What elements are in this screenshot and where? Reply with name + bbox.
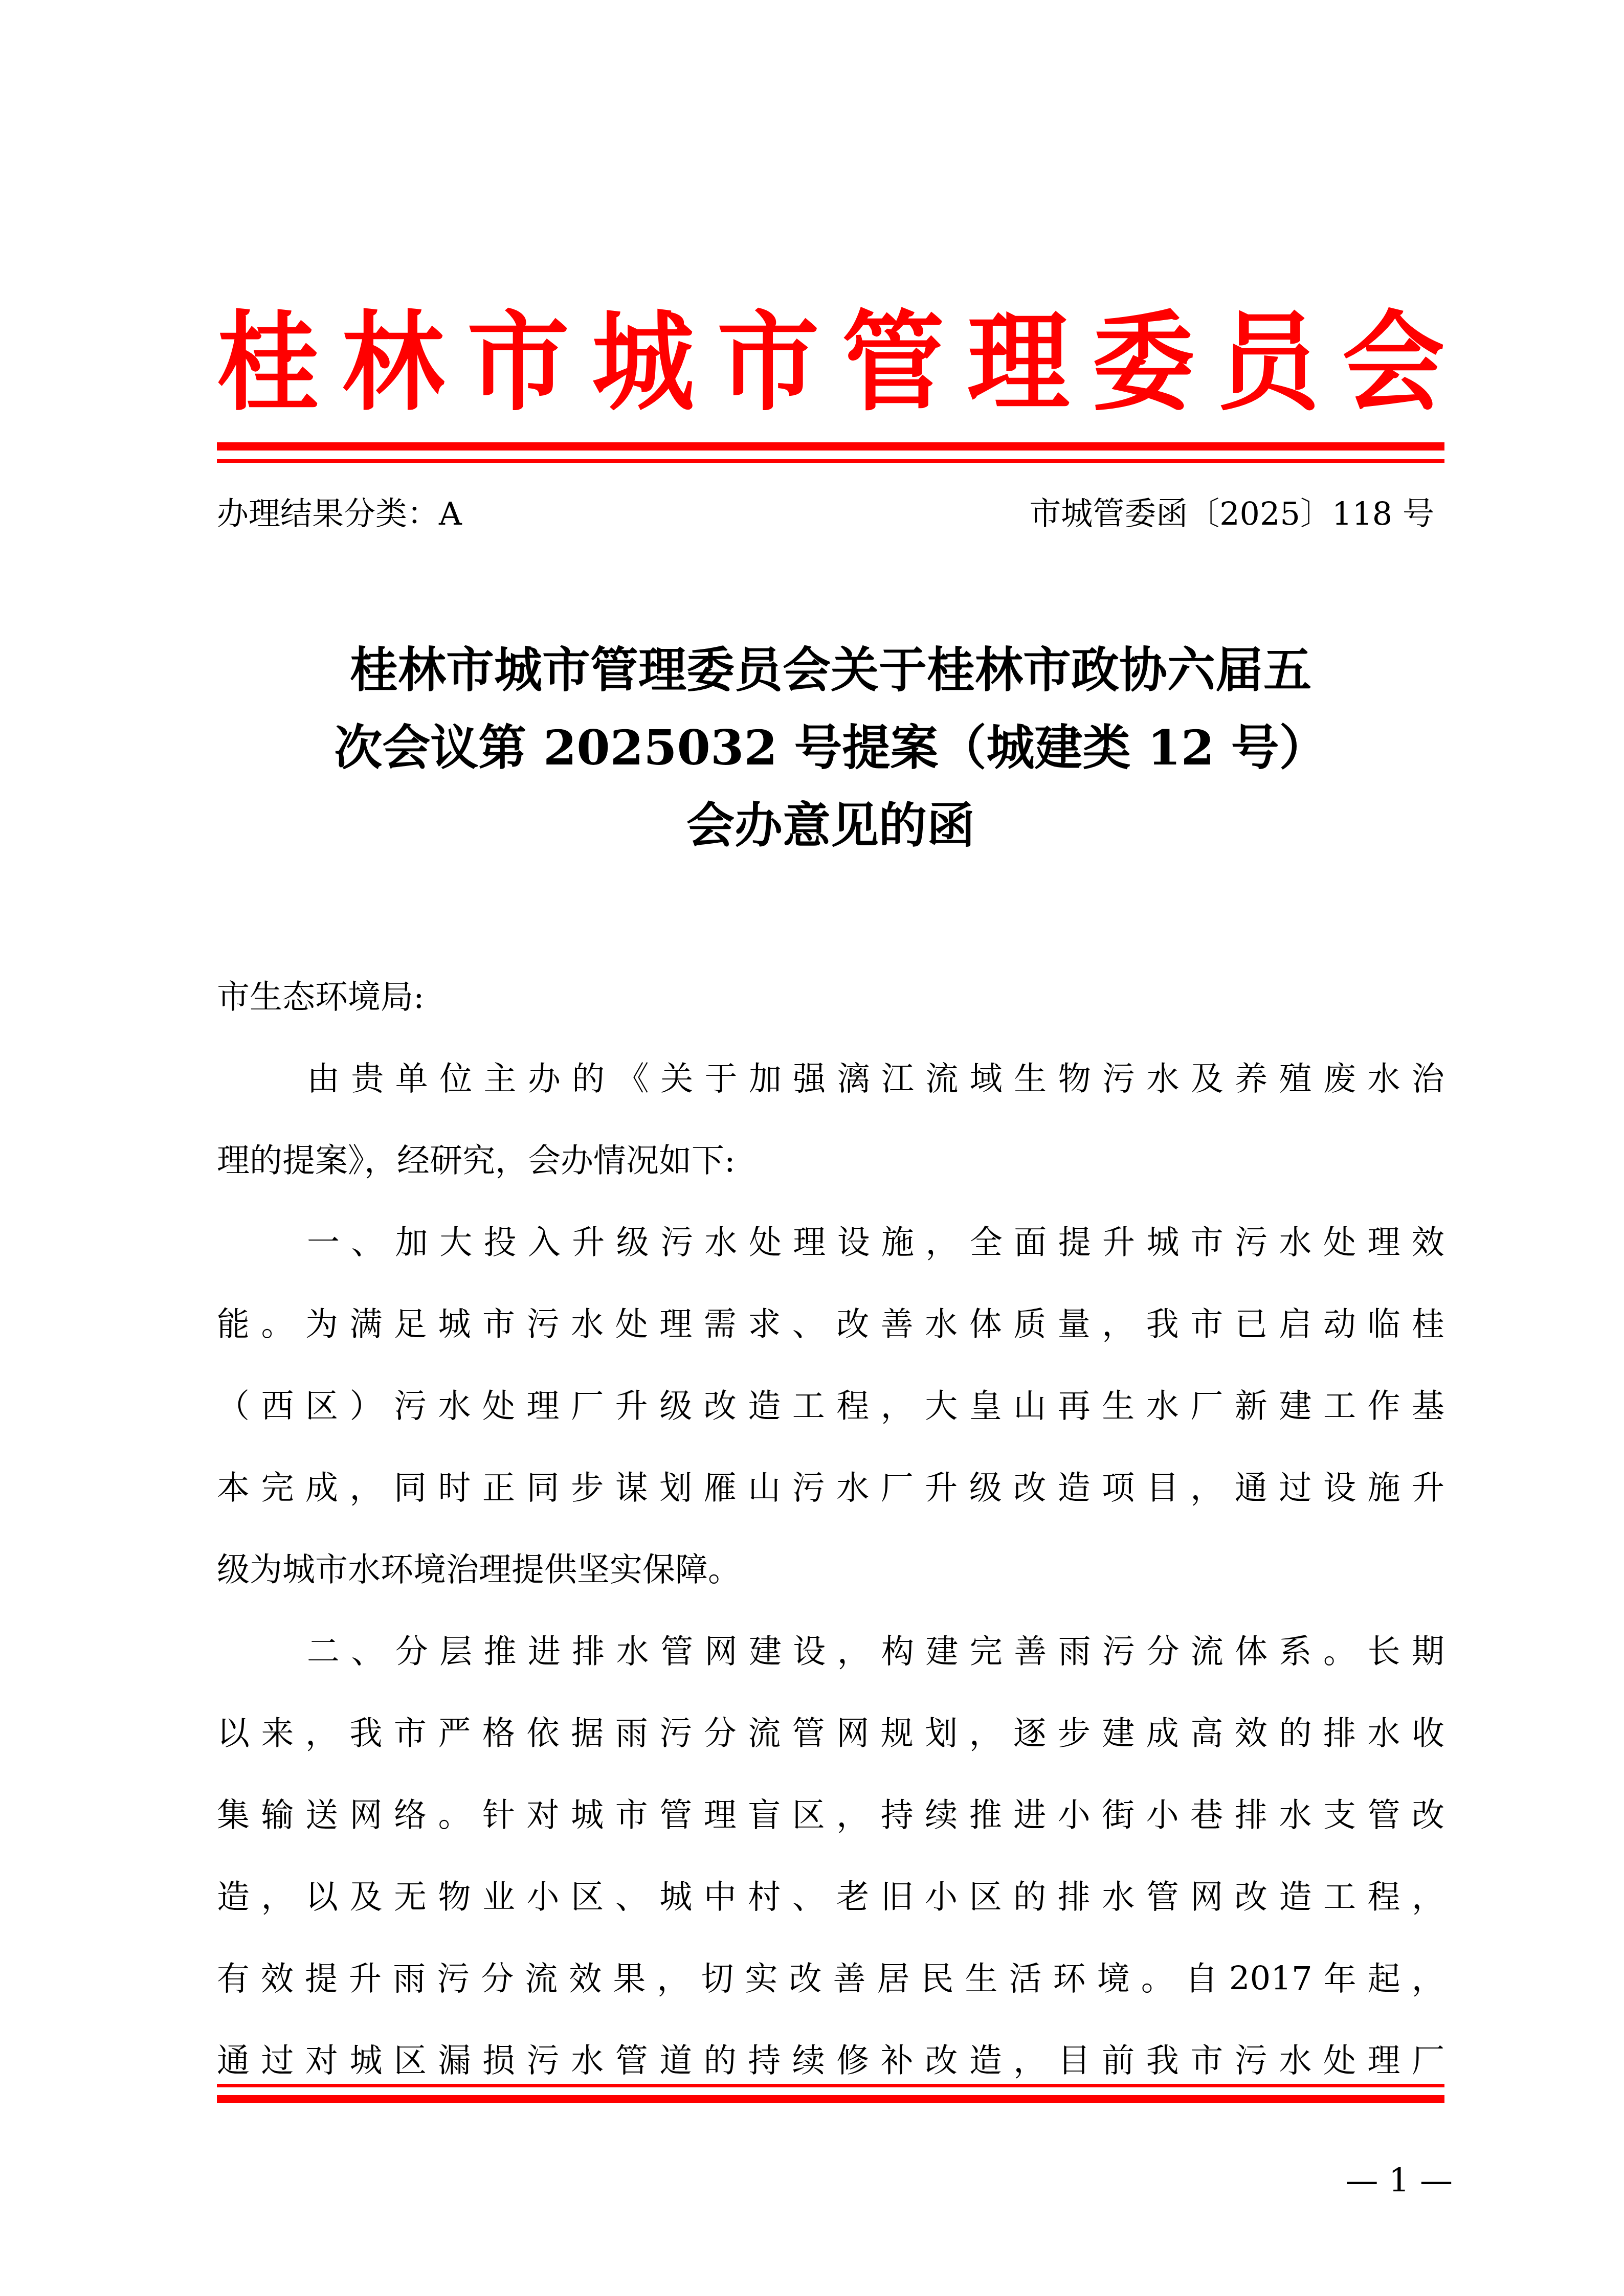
footer-rule-thin <box>217 2084 1444 2087</box>
body-line: 造，以及无物业小区、城中村、老旧小区的排水管网改造工程， <box>217 1856 1444 1938</box>
body-line: 通过对城区漏损污水管道的持续修补改造，目前我市污水处理厂 <box>217 2020 1444 2102</box>
masthead-title: 桂 林 市 城 市 管 理 委 员 会 <box>217 304 1444 422</box>
page-number: — 1 — <box>1309 2158 1453 2204</box>
title-line: 次会议第 2025032 号提案（城建类 12 号） <box>217 709 1444 787</box>
body-line: 理的提案》，经研究，会办情况如下: <box>217 1120 1444 1202</box>
masthead-char: 管 <box>842 301 944 425</box>
masthead-char: 林 <box>342 301 444 425</box>
meta-line: 办理结果分类：A 市城管委函〔2025〕118 号 <box>217 488 1434 539</box>
body-line: 级为城市水环境治理提供坚实保障。 <box>217 1529 1444 1611</box>
masthead-char: 市 <box>467 301 569 425</box>
masthead-char: 委 <box>1092 301 1194 425</box>
masthead-char: 理 <box>967 301 1070 425</box>
body-line: 有效提升雨污分流效果，切实改善居民生活环境。自2017年起， <box>217 1938 1444 2020</box>
body-line: 能。为满足城市污水处理需求、改善水体质量，我市已启动临桂 <box>217 1284 1444 1365</box>
title-line: 桂林市城市管理委员会关于桂林市政协六届五 <box>217 632 1444 709</box>
salutation: 市生态环境局: <box>217 956 1444 1038</box>
masthead-char: 城 <box>592 301 694 425</box>
body-line: （西区）污水处理厂升级改造工程，大皇山再生水厂新建工作基 <box>217 1365 1444 1447</box>
header-rule-thick <box>217 442 1444 451</box>
body-line: 集输送网络。针对城市管理盲区，持续推进小街小巷排水支管改 <box>217 1774 1444 1856</box>
masthead-char: 会 <box>1342 301 1444 425</box>
body-line: 本完成，同时正同步谋划雁山污水厂升级改造项目，通过设施升 <box>217 1447 1444 1529</box>
body-line: 二、分层推进排水管网建设，构建完善雨污分流体系。长期 <box>217 1611 1444 1693</box>
document-number: 市城管委函〔2025〕118 号 <box>1029 488 1434 539</box>
body-line: 一、加大投入升级污水处理设施，全面提升城市污水处理效 <box>217 1202 1444 1284</box>
masthead-char: 员 <box>1217 301 1320 425</box>
masthead-char: 桂 <box>217 301 319 425</box>
document-page: 桂 林 市 城 市 管 理 委 员 会 办理结果分类：A 市城管委函〔2025〕… <box>0 0 1624 2296</box>
body-line: 由贵单位主办的《关于加强漓江流域生物污水及养殖废水治 <box>217 1038 1444 1120</box>
document-body: 市生态环境局: 由贵单位主办的《关于加强漓江流域生物污水及养殖废水治 理的提案》… <box>217 956 1444 2102</box>
masthead-char: 市 <box>717 301 819 425</box>
body-line: 以来，我市严格依据雨污分流管网规划，逐步建成高效的排水收 <box>217 1693 1444 1774</box>
classification-label: 办理结果分类：A <box>217 488 462 539</box>
footer-rule-thick <box>217 2095 1444 2103</box>
title-line: 会办意见的函 <box>217 787 1444 865</box>
document-title: 桂林市城市管理委员会关于桂林市政协六届五 次会议第 2025032 号提案（城建… <box>217 632 1444 865</box>
header-rule-thin <box>217 459 1444 463</box>
